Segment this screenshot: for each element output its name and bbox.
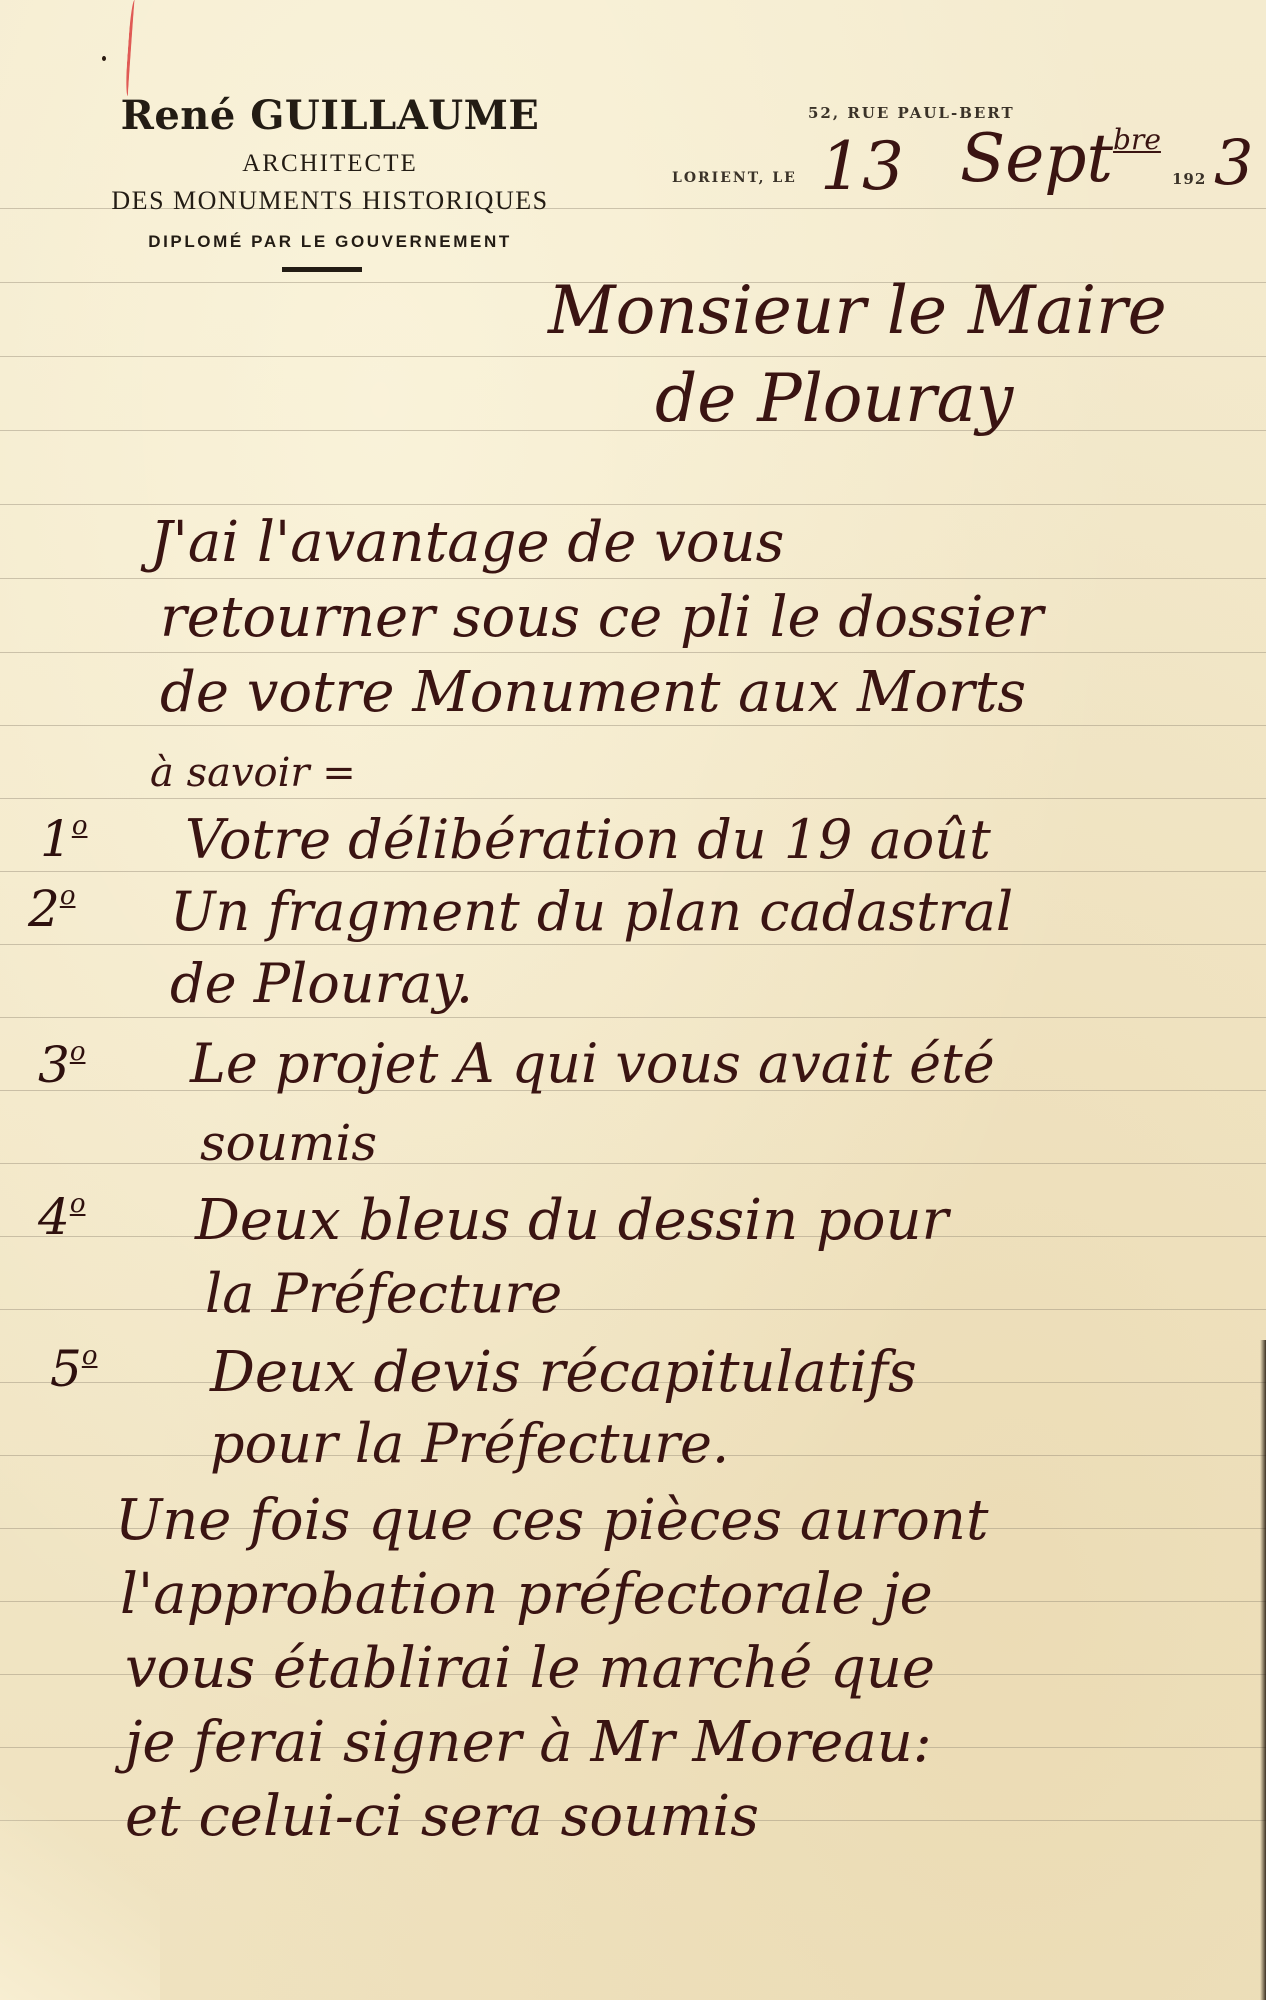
- ruled-line: [0, 725, 1266, 726]
- ruled-line: [0, 871, 1266, 872]
- salutation-line-2: de Plouray: [655, 360, 1013, 437]
- ruled-line: [0, 504, 1266, 505]
- paper-fold: [0, 1740, 160, 2000]
- letterhead-diploma: DIPLOMÉ PAR LE GOUVERNEMENT: [80, 232, 580, 252]
- letterhead-rule: [282, 267, 362, 272]
- ruled-line: [0, 798, 1266, 799]
- body-intro-line-1: J'ai l'avantage de vous: [150, 510, 784, 575]
- ruled-line: [0, 356, 1266, 357]
- item-1-line-1: Votre délibération du 19 août: [185, 808, 991, 871]
- date-month: Septbre: [960, 120, 1161, 197]
- letterhead-subtitle: DES MONUMENTS HISTORIQUES: [60, 186, 600, 216]
- letterhead-name: René GUILLAUME: [80, 92, 580, 139]
- date-month-suffix: bre: [1113, 123, 1161, 156]
- paper-speck: [102, 56, 106, 61]
- item-number-3: 3o: [38, 1036, 85, 1094]
- body-intro-line-4: à savoir =: [150, 750, 356, 796]
- closing-line-2: l'approbation préfectorale je: [120, 1562, 933, 1627]
- item-4-line-2: la Préfecture: [205, 1262, 562, 1325]
- date-year-digit: 3: [1214, 126, 1253, 199]
- red-margin-mark: [125, 0, 140, 96]
- ruled-line: [0, 944, 1266, 945]
- closing-line-3: vous établirai le marché que: [125, 1636, 935, 1701]
- item-4-line-1: Deux bleus du dessin pour: [195, 1188, 948, 1253]
- item-5-line-1: Deux devis récapitulatifs: [210, 1340, 917, 1405]
- date-month-text: Sept: [960, 120, 1113, 197]
- item-3-line-1: Le projet A qui vous avait été: [190, 1032, 995, 1095]
- item-2-line-2: de Plouray.: [170, 952, 473, 1015]
- ruled-line: [0, 578, 1266, 579]
- letter-page: René GUILLAUME ARCHITECTE DES MONUMENTS …: [0, 0, 1266, 2000]
- ruled-line: [0, 1017, 1266, 1018]
- ruled-line: [0, 430, 1266, 431]
- letterhead-year-prefix: 192: [1172, 170, 1206, 188]
- body-intro-line-2: retourner sous ce pli le dossier: [160, 585, 1043, 650]
- item-5-line-2: pour la Préfecture.: [210, 1412, 729, 1475]
- ruled-line: [0, 1163, 1266, 1164]
- closing-line-1: Une fois que ces pièces auront: [115, 1488, 988, 1553]
- item-number-5: 5o: [50, 1340, 97, 1398]
- ruled-line: [0, 1309, 1266, 1310]
- closing-line-5: et celui-ci sera soumis: [125, 1784, 759, 1849]
- closing-line-4: je ferai signer à Mr Moreau:: [125, 1710, 932, 1775]
- date-day: 13: [820, 128, 904, 205]
- item-number-4: 4o: [38, 1188, 85, 1246]
- letterhead-title: ARCHITECTE: [80, 150, 580, 178]
- page-edge-shadow: [1260, 1340, 1266, 2000]
- item-2-line-1: Un fragment du plan cadastral: [170, 880, 1013, 943]
- item-3-line-2: soumis: [200, 1114, 377, 1172]
- body-intro-line-3: de votre Monument aux Morts: [160, 660, 1026, 725]
- item-number-2: 2o: [28, 880, 75, 938]
- letterhead-city: LORIENT, LE: [672, 170, 797, 186]
- item-number-1: 1o: [40, 810, 87, 868]
- salutation-line-1: Monsieur le Maire: [548, 272, 1167, 349]
- ruled-line: [0, 652, 1266, 653]
